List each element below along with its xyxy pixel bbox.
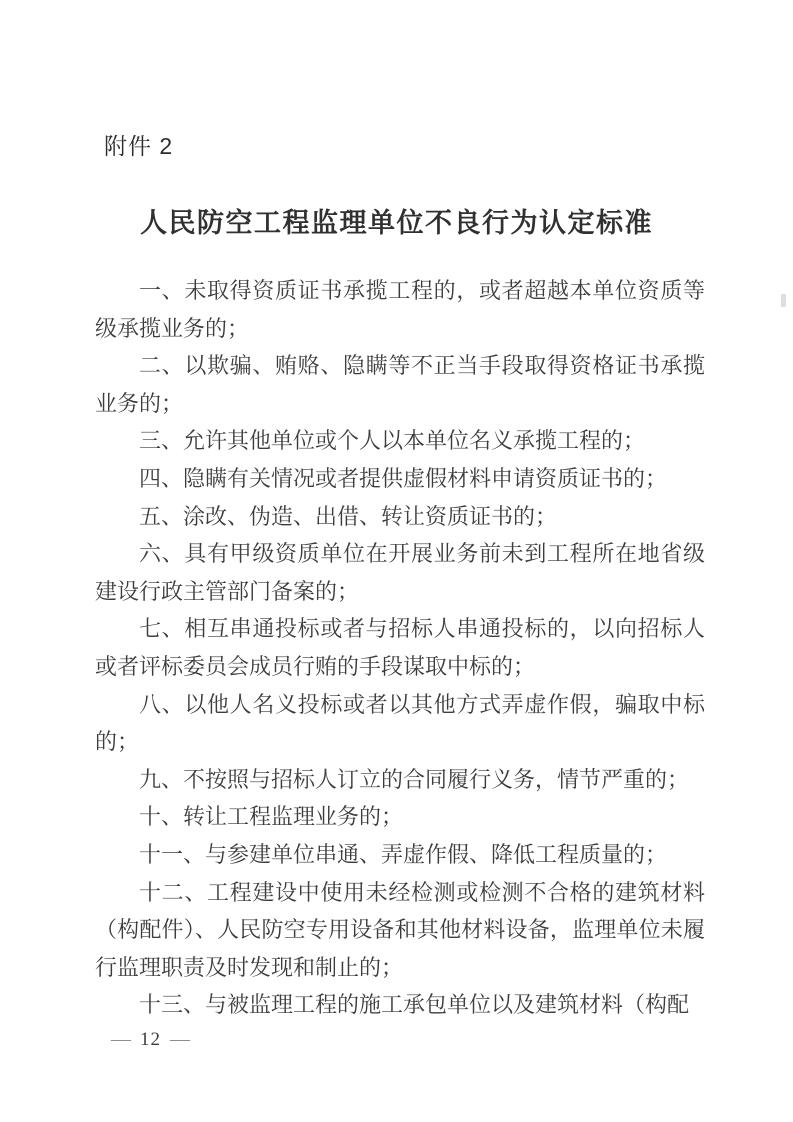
footer-dash-left: — [111, 1028, 131, 1051]
attachment-label: 附件 2 [104, 128, 173, 161]
document-body: 一、未取得资质证书承揽工程的，或者超越本单位资质等级承揽业务的； 二、以欺骗、贿… [95, 272, 705, 1024]
clause-6: 六、具有甲级资质单位在开展业务前未到工程所在地省级建设行政主管部门备案的； [95, 535, 705, 610]
clause-9: 九、不按照与招标人订立的合同履行义务，情节严重的； [95, 761, 705, 799]
clause-13: 十三、与被监理工程的施工承包单位以及建筑材料（构配 [95, 986, 705, 1024]
clause-5: 五、涂改、伪造、出借、转让资质证书的； [95, 498, 705, 536]
clause-12: 十二、工程建设中使用未经检测或检测不合格的建筑材料（构配件）、人民防空专用设备和… [95, 874, 705, 987]
scan-artifact [781, 294, 786, 307]
clause-7: 七、相互串通投标或者与招标人串通投标的，以向招标人或者评标委员会成员行贿的手段谋… [95, 610, 705, 685]
page-footer: — 12 — [111, 1028, 190, 1051]
clause-1: 一、未取得资质证书承揽工程的，或者超越本单位资质等级承揽业务的； [95, 272, 705, 347]
clause-4: 四、隐瞒有关情况或者提供虚假材料申请资质证书的； [95, 460, 705, 498]
clause-2: 二、以欺骗、贿赂、隐瞒等不正当手段取得资格证书承揽业务的； [95, 347, 705, 422]
page-number: 12 [140, 1029, 161, 1051]
clause-8: 八、以他人名义投标或者以其他方式弄虚作假，骗取中标的； [95, 686, 705, 761]
clause-3: 三、允许其他单位或个人以本单位名义承揽工程的； [95, 422, 705, 460]
clause-11: 十一、与参建单位串通、弄虚作假、降低工程质量的； [95, 836, 705, 874]
clause-10: 十、转让工程监理业务的； [95, 798, 705, 836]
document-title: 人民防空工程监理单位不良行为认定标准 [0, 201, 793, 240]
footer-dash-right: — [170, 1028, 190, 1051]
document-page: 附件 2 人民防空工程监理单位不良行为认定标准 一、未取得资质证书承揽工程的，或… [0, 0, 793, 1122]
